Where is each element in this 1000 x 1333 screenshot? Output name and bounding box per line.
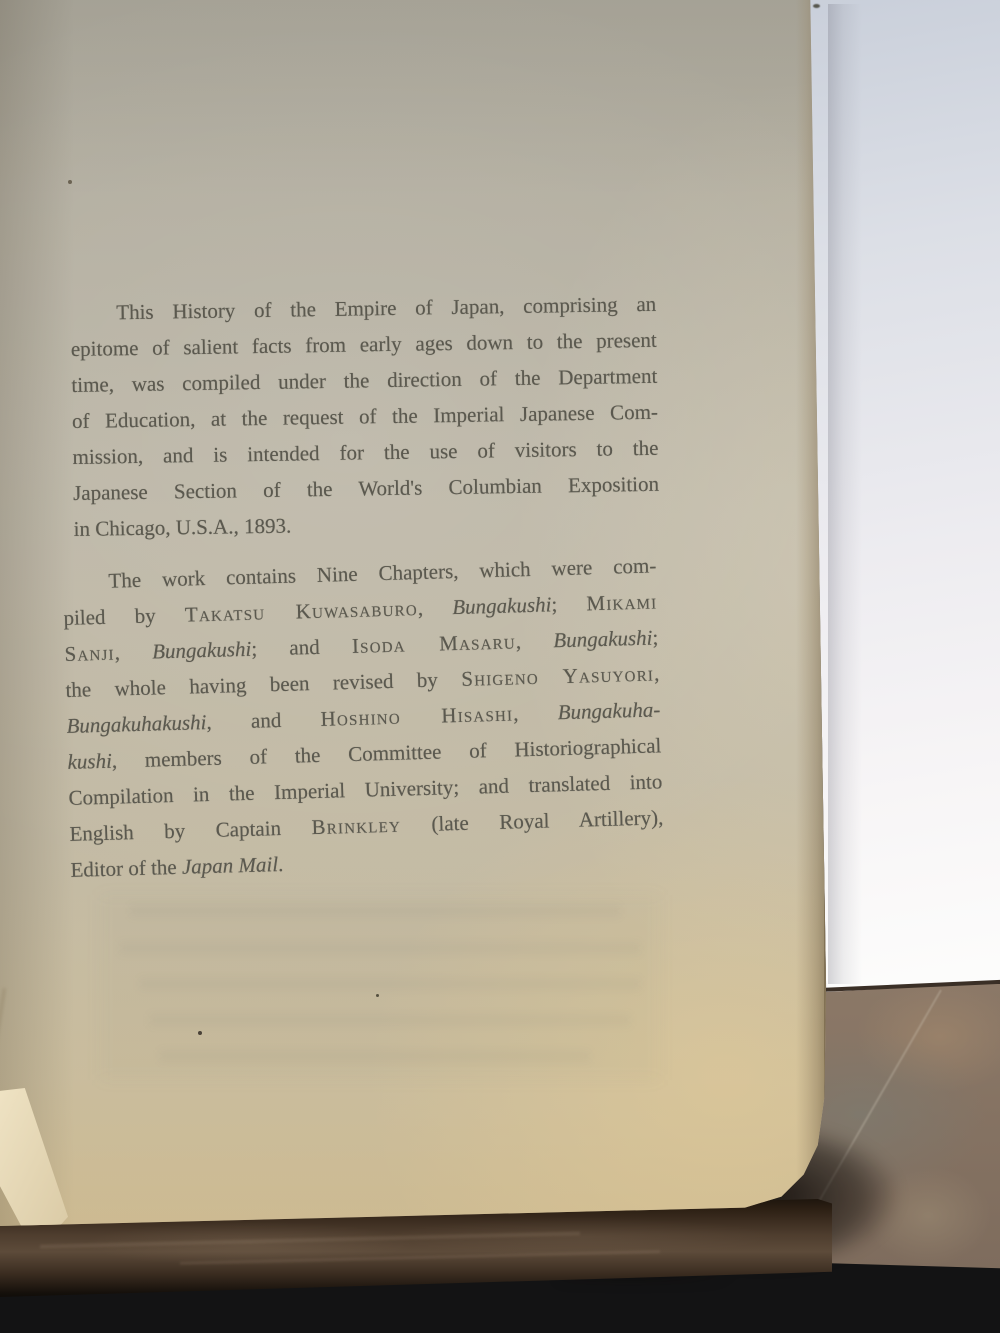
text-segment: Bungakushi [452, 592, 552, 619]
text-segment: Bungakuha- [557, 697, 660, 724]
page-text: This History of the Empire of Japan, com… [60, 295, 660, 888]
paper-speck [68, 180, 72, 184]
text-segment: piled by [63, 603, 185, 630]
text-segment: . [278, 852, 284, 876]
text-segment: mission, and is intended for the use of … [72, 436, 658, 469]
text-segment: Japan Mail [182, 852, 279, 879]
text-segment: Bungakushi [553, 626, 653, 653]
edge-streak [40, 1231, 580, 1248]
book-page: This History of the Empire of Japan, com… [0, 0, 826, 1226]
text-segment: (late Royal Artillery), [401, 805, 664, 836]
text-segment: of Education, at the request of the Impe… [72, 400, 658, 433]
text-segment: Bungakushi [152, 637, 252, 664]
text-segment: ; and [251, 634, 352, 661]
sheet-edge-shade [828, 4, 862, 984]
text-segment: Isoda Masaru [352, 629, 517, 658]
text-segment: , [114, 640, 152, 665]
text-segment: ; [652, 625, 659, 649]
paragraph-2: The work contains Nine Chapters, which w… [62, 547, 665, 887]
text-segment: This History of the Empire of Japan, com… [116, 292, 656, 324]
show-through-line [150, 1014, 630, 1026]
text-segment: time, was compiled under the direction o… [71, 364, 657, 397]
text-segment: ; [551, 591, 587, 616]
text-segment: , and [206, 707, 321, 734]
text-segment: Bungakuhakushi [66, 710, 207, 738]
show-through-line [130, 905, 620, 917]
paragraph-1: This History of the Empire of Japan, com… [70, 286, 660, 547]
text-segment: Editor of the [70, 855, 182, 882]
text-segment: Brinkley [311, 813, 401, 839]
photo-of-open-book-page: This History of the Empire of Japan, com… [0, 0, 1000, 1333]
text-segment: kushi [67, 749, 112, 774]
text-segment: Shigeno Yasuyori [461, 662, 654, 691]
show-through-line [160, 1050, 590, 1062]
edge-streak [180, 1250, 660, 1265]
text-segment: , [654, 661, 660, 685]
text-segment: , [417, 595, 452, 620]
text-segment: epitome of salient facts from early ages… [71, 328, 657, 361]
text-segment: Mikami [586, 589, 658, 615]
text-segment: Japanese Section of the World's Columbia… [73, 472, 659, 505]
paper-speck [198, 1031, 202, 1035]
text-segment: in Chicago, U.S.A., 1893. [73, 514, 291, 541]
text-segment: , [513, 700, 558, 725]
text-segment: the whole having been revised by [65, 667, 461, 702]
show-through-line [120, 942, 640, 954]
show-through-line [140, 978, 640, 990]
sheet-speck [813, 4, 820, 8]
text-segment: English by Captain [69, 815, 312, 846]
text-segment: Takatsu Kuwasaburo [185, 596, 419, 626]
text-segment: Sanji [64, 641, 115, 666]
text-segment: Hoshino Hisashi [320, 701, 513, 730]
paper-speck [376, 994, 379, 997]
text-segment: , [516, 628, 554, 653]
